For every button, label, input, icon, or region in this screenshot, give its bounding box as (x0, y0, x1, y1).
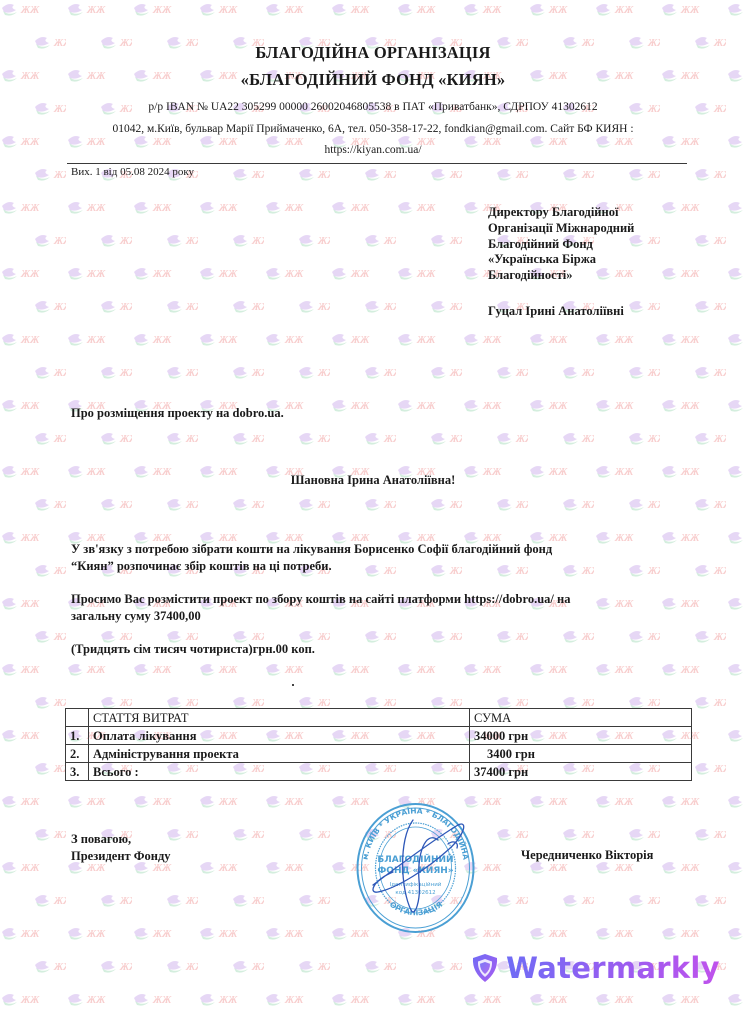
body-paragraph-1: У зв'язку з потребою зібрати кошти на лі… (71, 541, 691, 575)
body-paragraph-2: Просимо Вас розмістити проект по збору к… (71, 591, 691, 625)
table-row: 2. Адміністрування проекта 3400 грн (66, 745, 692, 763)
table-header-row: СТАТТЯ ВИТРАТ СУМА (66, 709, 692, 727)
shield-icon (470, 952, 500, 984)
addressee-line: Директору Благодійної (488, 205, 698, 221)
watermarkly-overlay: Watermarkly (470, 951, 720, 985)
org-title-line1: БЛАГОДІЙНА ОРГАНІЗАЦІЯ (0, 43, 746, 63)
org-website: https://kiyan.com.ua/ (0, 144, 746, 156)
row-num: 1. (66, 727, 89, 745)
signature-block: З повагою, Президент Фонду (71, 831, 171, 865)
outgoing-number: Вих. 1 від 05.08 2024 року (71, 166, 194, 178)
bank-details: р/р IBAN № UA22 305299 00000 26002046805… (0, 101, 746, 113)
stray-dot (292, 684, 294, 686)
header-item-cell: СТАТТЯ ВИТРАТ (89, 709, 470, 727)
letterhead-divider (67, 163, 687, 164)
signer-name: Чередниченко Вікторія (521, 848, 653, 863)
official-stamp-icon: м. КИЇВ * УКРАЇНА * БЛАГОДІЙНА ОРГАНІЗАЦ… (353, 800, 478, 935)
closing: З повагою, (71, 831, 171, 848)
body-line: “Киян” розпочинає збір коштів на ці потр… (71, 558, 691, 575)
row-item: Адміністрування проекта (89, 745, 470, 763)
row-num: 3. (66, 763, 89, 781)
signer-position: Президент Фонду (71, 848, 171, 865)
amount-in-words: (Тридцять сім тисяч чотириста)грн.00 коп… (71, 641, 691, 658)
table-row: 1. Оплата лікування 34000 грн (66, 727, 692, 745)
addressee-name: Гуцал Ірині Анатоліївні (488, 304, 624, 319)
header-amount-cell: СУМА (470, 709, 692, 727)
org-title-line2: «БЛАГОДІЙНИЙ ФОНД «КИЯН» (0, 70, 746, 90)
addressee-line: Організації Міжнародний (488, 221, 698, 237)
letter-subject: Про розміщення проекту на dobro.ua. (71, 406, 284, 421)
watermarkly-text: Watermarkly (506, 951, 720, 985)
row-amount: 34000 грн (470, 727, 692, 745)
svg-text:код 41302612: код 41302612 (395, 890, 435, 896)
row-amount: 37400 грн (470, 763, 692, 781)
row-amount: 3400 грн (470, 745, 692, 763)
body-line: Просимо Вас розмістити проект по збору к… (71, 591, 691, 608)
org-address: 01042, м.Київ, бульвар Марії Приймаченко… (0, 123, 746, 135)
addressee-line: «Українська Біржа (488, 252, 698, 268)
body-line: У зв'язку з потребою зібрати кошти на лі… (71, 541, 691, 558)
header-num-cell (66, 709, 89, 727)
greeting: Шановна Ірина Анатоліївна! (0, 473, 746, 488)
table-row: 3. Всього : 37400 грн (66, 763, 692, 781)
row-item: Всього : (89, 763, 470, 781)
letter-page: БЛАГОДІЙНА ОРГАНІЗАЦІЯ «БЛАГОДІЙНИЙ ФОНД… (0, 0, 746, 1024)
body-line: загальну суму 37400,00 (71, 608, 691, 625)
cost-table: СТАТТЯ ВИТРАТ СУМА 1. Оплата лікування 3… (65, 708, 692, 781)
row-num: 2. (66, 745, 89, 763)
row-item: Оплата лікування (89, 727, 470, 745)
svg-text:м. КИЇВ * УКРАЇНА * БЛАГОД: м. КИЇВ * УКРАЇНА * БЛАГОДІЙНА (361, 806, 471, 860)
addressee-line: Благодійний Фонд (488, 237, 698, 253)
addressee-line: Благодійності» (488, 268, 698, 284)
addressee-block: Директору Благодійної Організації Міжнар… (488, 205, 698, 284)
